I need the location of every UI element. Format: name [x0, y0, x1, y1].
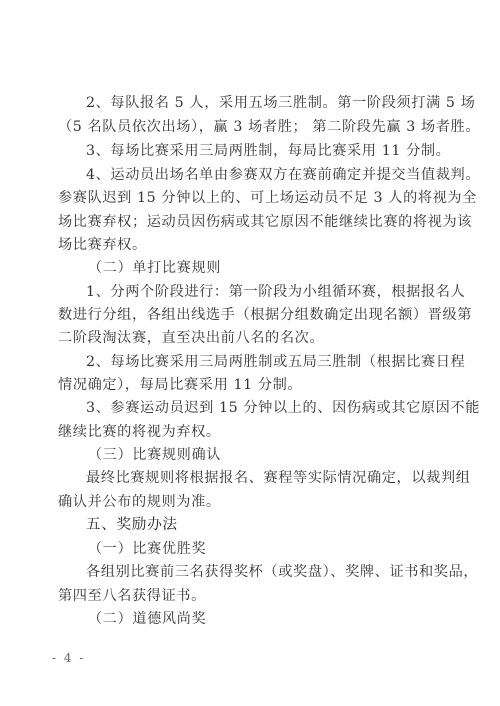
section-heading-awards: 五、奖励办法	[86, 515, 466, 535]
paragraph-line: （5 名队员依次出场），赢 3 场者胜； 第二阶段先赢 3 场者胜。	[58, 117, 438, 137]
paragraph-line: 2、每场比赛采用三局两胜制或五局三胜制（根据比赛日程	[86, 352, 466, 372]
section-subheading-rules-confirmation: （三）比赛规则确认	[88, 445, 468, 465]
section-subheading-singles-rules: （二）单打比赛规则	[88, 258, 468, 278]
paragraph-line: 第四至八名获得证书。	[58, 586, 438, 606]
paragraph-line: 2、每队报名 5 人，采用五场三胜制。第一阶段须打满 5 场	[86, 93, 466, 113]
paragraph-line: 二阶段淘汰赛，直至决出前八名的名次。	[58, 328, 438, 348]
section-subheading-winner-awards: （一）比赛优胜奖	[88, 539, 468, 559]
paragraph-line: 场比赛弃权；运动员因伤病或其它原因不能继续比赛的将视为该	[58, 212, 438, 232]
paragraph-line: 参赛队迟到 15 分钟以上的、可上场运动员不足 3 人的将视为全	[58, 188, 438, 208]
page-number: - 4 -	[52, 651, 85, 665]
document-page: 2、每队报名 5 人，采用五场三胜制。第一阶段须打满 5 场 （5 名队员依次出…	[0, 0, 500, 706]
paragraph-line: 继续比赛的将视为弃权。	[58, 422, 438, 442]
paragraph-line: 3、参赛运动员迟到 15 分钟以上的、因伤病或其它原因不能	[86, 398, 466, 418]
paragraph-line: 3、每场比赛采用三局两胜制，每局比赛采用 11 分制。	[86, 141, 466, 161]
paragraph-line: 最终比赛规则将根据报名、赛程等实际情况确定，以裁判组	[86, 468, 466, 488]
paragraph-line: 各组别比赛前三名获得奖杯（或奖盘）、奖牌、证书和奖品，	[86, 562, 466, 582]
section-subheading-sportsmanship-award: （二）道德风尚奖	[88, 609, 468, 629]
paragraph-line: 场比赛弃权。	[58, 235, 438, 255]
paragraph-line: 数进行分组，各组出线选手（根据分组数确定出现名额）晋级第	[58, 305, 438, 325]
paragraph-line: 4、运动员出场名单由参赛双方在赛前确定并提交当值裁判。	[86, 165, 466, 185]
paragraph-line: 确认并公布的规则为准。	[58, 492, 438, 512]
paragraph-line: 情况确定），每局比赛采用 11 分制。	[58, 375, 438, 395]
paragraph-line: 1、分两个阶段进行：第一阶段为小组循环赛，根据报名人	[86, 282, 466, 302]
